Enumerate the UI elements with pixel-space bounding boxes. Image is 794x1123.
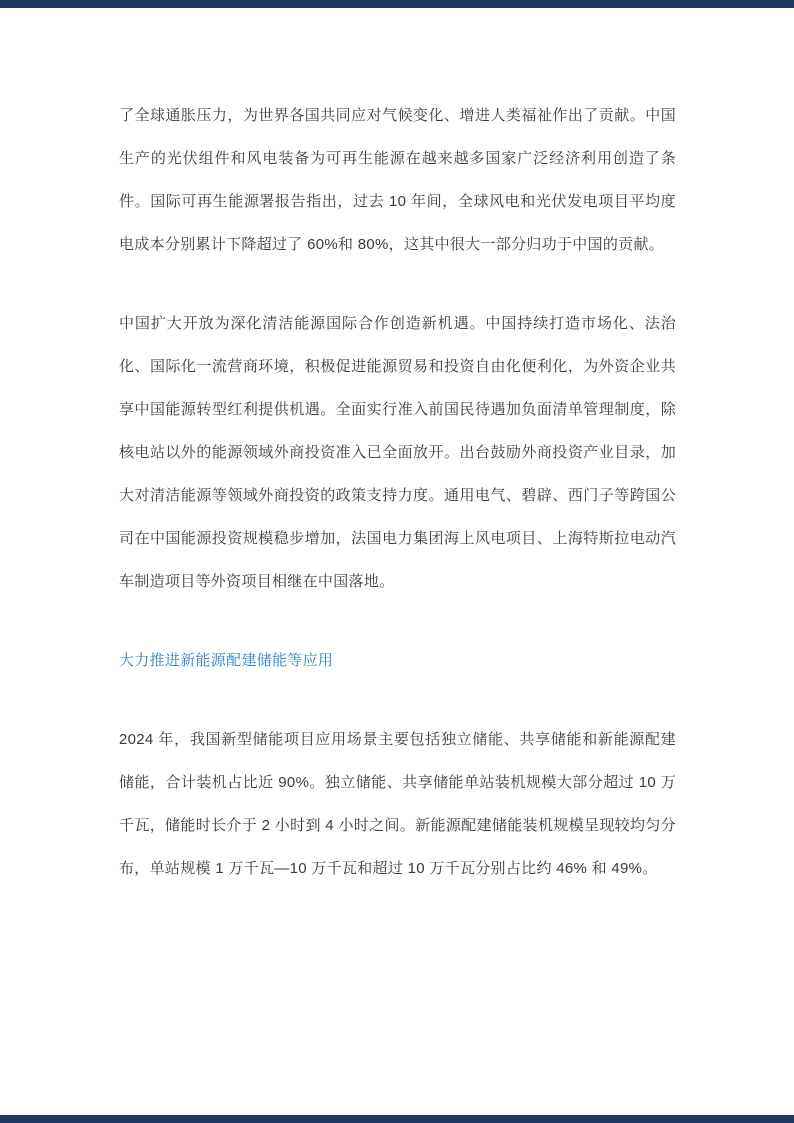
body-paragraph-3: 2024 年，我国新型储能项目应用场景主要包括独立储能、共享储能和新能源配建储能… — [119, 718, 676, 890]
body-paragraph-1: 了全球通胀压力，为世界各国共同应对气候变化、增进人类福祉作出了贡献。中国生产的光… — [119, 94, 676, 266]
page-gap-bar-bottom — [0, 1115, 794, 1123]
section-heading: 大力推进新能源配建储能等应用 — [119, 639, 676, 682]
document-page: 了全球通胀压力，为世界各国共同应对气候变化、增进人类福祉作出了贡献。中国生产的光… — [119, 94, 676, 926]
body-paragraph-2: 中国扩大开放为深化清洁能源国际合作创造新机遇。中国持续打造市场化、法治化、国际化… — [119, 302, 676, 603]
page-gap-bar-top — [0, 0, 794, 8]
